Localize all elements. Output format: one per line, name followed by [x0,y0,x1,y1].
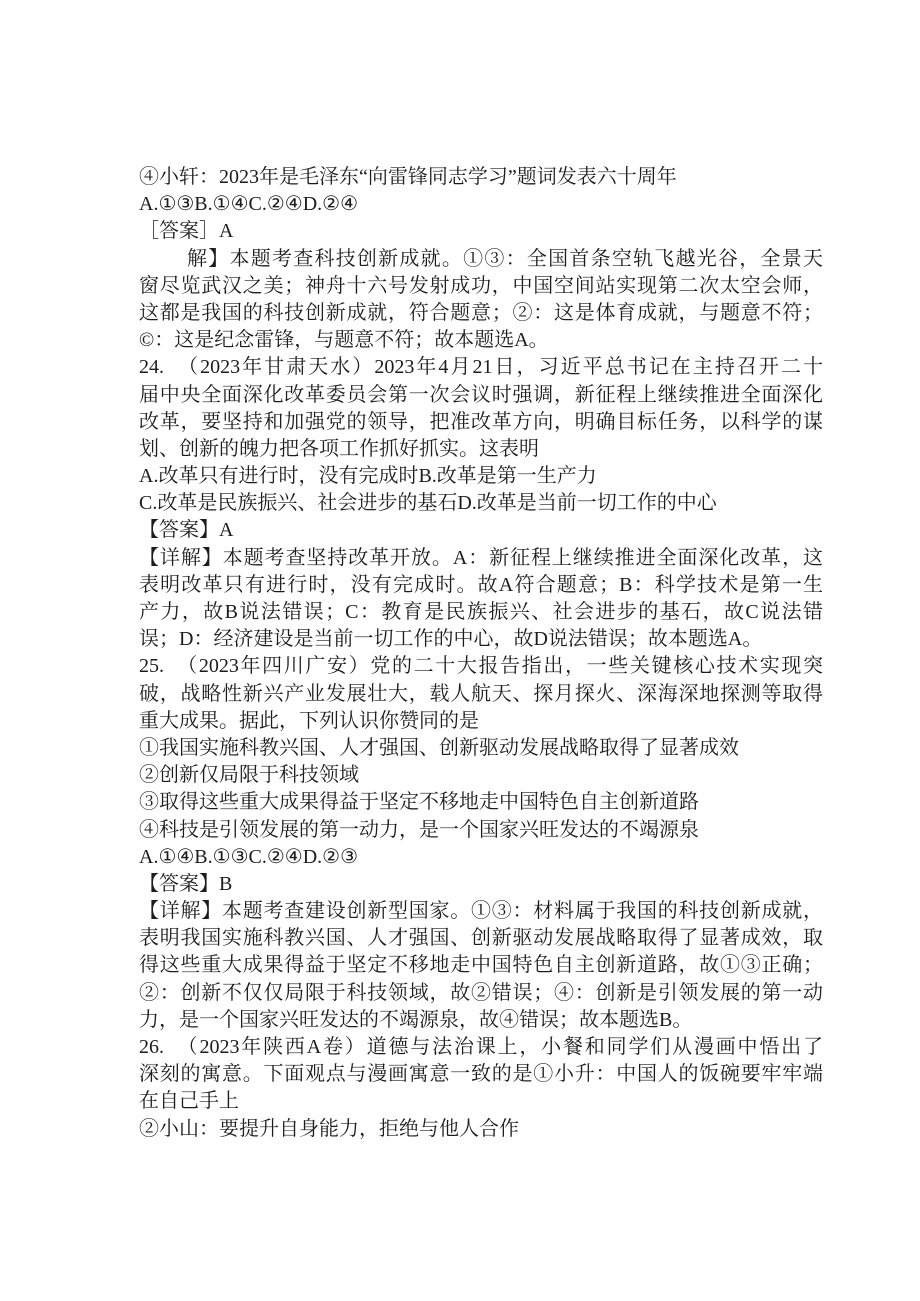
text-line: 重大成果。据此，下列认识你赞同的是 [139,708,823,735]
text-line: A.①④B.①③C.②④D.②③ [139,844,823,871]
document-page: ④小轩：2023年是毛泽东“向雷锋同志学习”题词发表六十周年A.①③B.①④C.… [0,0,920,1301]
text-line: 在自己手上 [139,1088,823,1115]
text-line: 24. （2023年甘肃天水）2023年4月21日，习近平总书记在主持召开二十 [139,354,823,381]
text-line: 表明我国实施科教兴国、人才强国、创新驱动发展战略取得了显著成效，取 [139,925,823,952]
text-line: ④科技是引领发展的第一动力，是一个国家兴旺发达的不竭源泉 [139,817,823,844]
text-line: ②小山：要提升自身能力，拒绝与他人合作 [139,1116,823,1143]
text-line: 破，战略性新兴产业发展壮大，载人航天、探月探火、深海深地探测等取得 [139,681,823,708]
text-line: 表明改革只有进行时，没有完成时。故A符合题意；B：科学技术是第一生 [139,572,823,599]
text-line: ④小轩：2023年是毛泽东“向雷锋同志学习”题词发表六十周年 [139,164,823,191]
text-line: 26. （2023年陕西A卷）道德与法治课上，小餐和同学们从漫画中悟出了 [139,1034,823,1061]
text-line: 深刻的寓意。下面观点与漫画寓意一致的是①小升：中国人的饭碗要牢牢端 [139,1061,823,1088]
text-line: 得这些重大成果得益于坚定不移地走中国特色自主创新道路，故①③正确； [139,952,823,979]
text-line: C.改革是民族振兴、社会进步的基石D.改革是当前一切工作的中心 [139,490,823,517]
text-line: 【答案】B [139,871,823,898]
text-line: 25. （2023年四川广安）党的二十大报告指出，一些关键核心技术实现突 [139,653,823,680]
text-line: A.改革只有进行时，没有完成时B.改革是第一生产力 [139,463,823,490]
text-line: ［答案］A [139,218,823,245]
text-line: ②：创新不仅仅局限于科技领域，故②错误；④：创新是引领发展的第一动 [139,980,823,1007]
text-line: ③取得这些重大成果得益于坚定不移地走中国特色自主创新道路 [139,789,823,816]
text-line: ②创新仅局限于科技领域 [139,762,823,789]
text-line: A.①③B.①④C.②④D.②④ [139,191,823,218]
text-line: 窗尽览武汉之美；神舟十六号发射成功，中国空间站实现第二次太空会师， [139,273,823,300]
document-text-block: ④小轩：2023年是毛泽东“向雷锋同志学习”题词发表六十周年A.①③B.①④C.… [139,164,823,1143]
text-line: 产力，故B说法错误；C：教育是民族振兴、社会进步的基石，故C说法错 [139,599,823,626]
text-line: 力，是一个国家兴旺发达的不竭源泉，故④错误；故本题选B。 [139,1007,823,1034]
text-line: 【答案】A [139,517,823,544]
text-line: 改革，要坚持和加强党的领导，把准改革方向，明确目标任务，以科学的谋 [139,409,823,436]
text-line: 解】本题考查科技创新成就。①③：全国首条空轨飞越光谷，全景天 [139,246,823,273]
text-line: 误；D：经济建设是当前一切工作的中心，故D说法错误；故本题选A。 [139,626,823,653]
text-line: 这都是我国的科技创新成就，符合题意；②：这是体育成就，与题意不符； [139,300,823,327]
text-line: 届中央全面深化改革委员会第一次会议时强调，新征程上继续推进全面深化 [139,382,823,409]
text-line: ①我国实施科教兴国、人才强国、创新驱动发展战略取得了显著成效 [139,735,823,762]
text-line: ©：这是纪念雷锋，与题意不符；故本题选A。 [139,327,823,354]
text-line: 划、创新的魄力把各项工作抓好抓实。这表明 [139,436,823,463]
text-line: 【详解】本题考查建设创新型国家。①③：材料属于我国的科技创新成就， [139,898,823,925]
text-line: 【详解】本题考查坚持改革开放。A：新征程上继续推进全面深化改革，这 [139,545,823,572]
